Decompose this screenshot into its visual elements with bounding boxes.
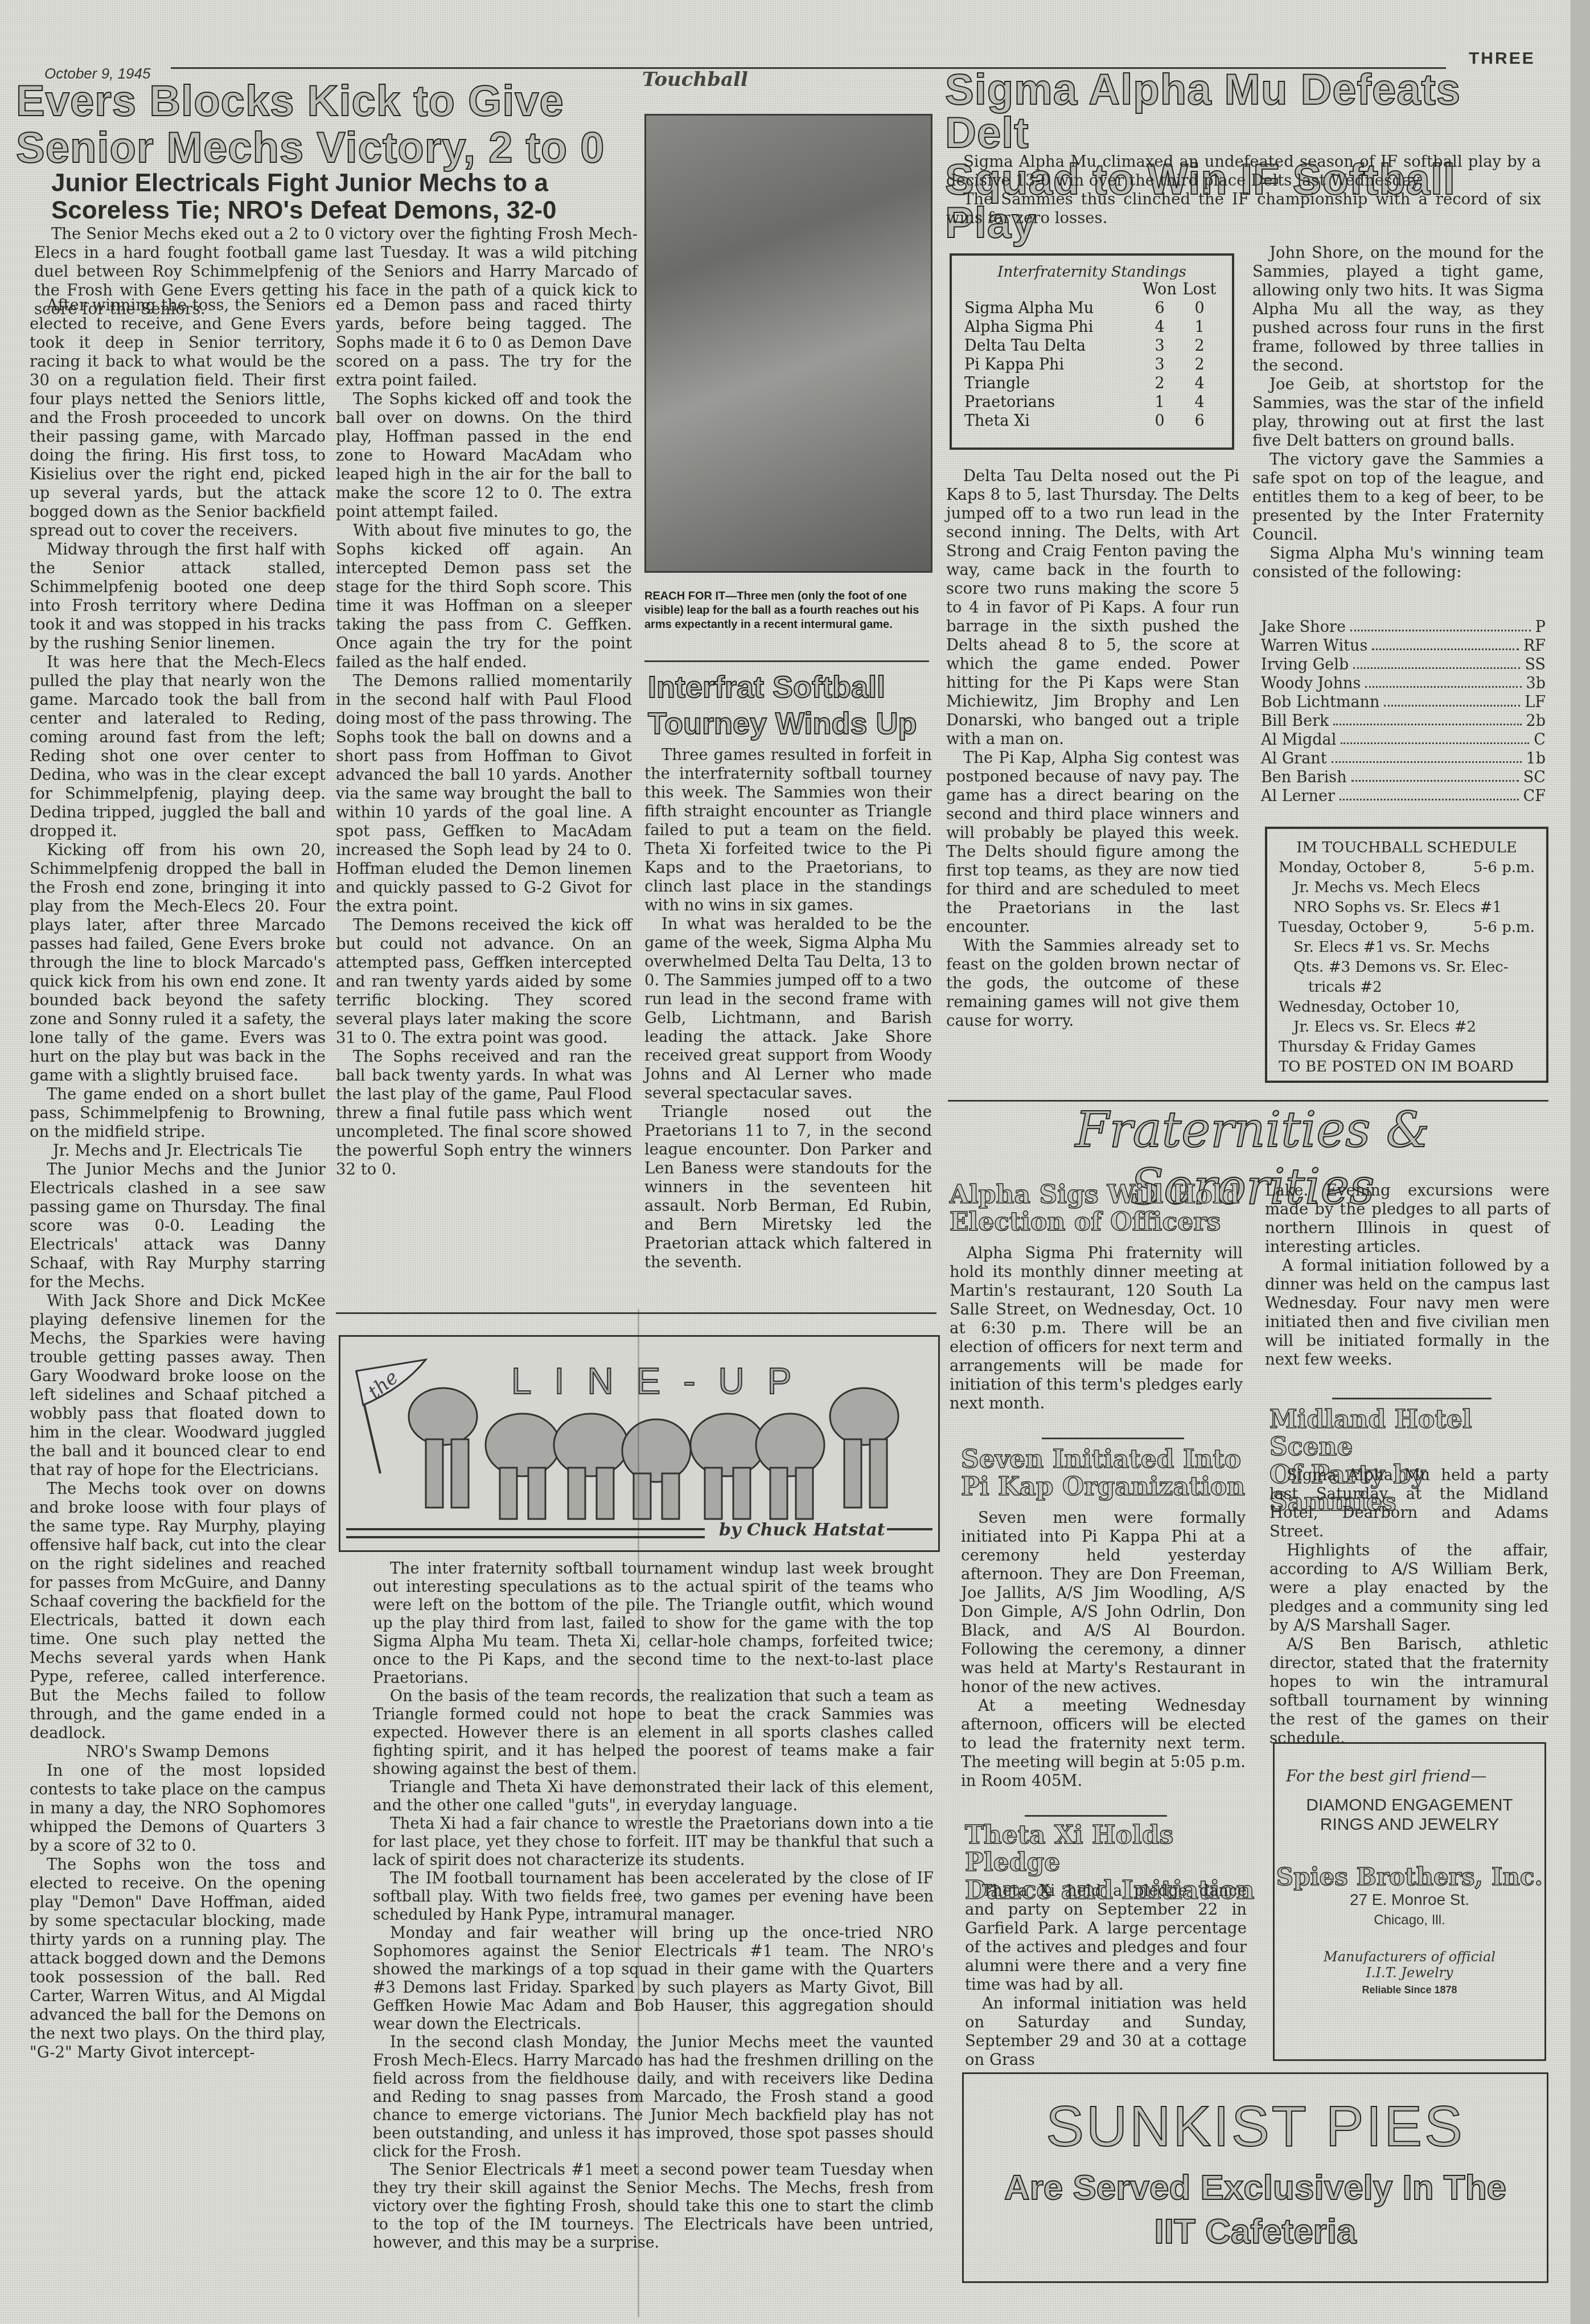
schedule-game: Jr. Elecs vs. Sr. Elecs #2 — [1279, 1017, 1535, 1037]
paragraph: The game ended on a short bullet pass, S… — [30, 1085, 326, 1142]
lost: 2 — [1180, 356, 1219, 375]
paragraph: The Sophs won the toss and elected to re… — [30, 1855, 326, 2062]
leader-dots — [1333, 712, 1521, 725]
paragraph: The Pi Kap, Alpha Sig contest was postpo… — [946, 749, 1239, 937]
lead-headline-line1: Evers Blocks Kick to Give — [16, 80, 636, 123]
ad-line: DIAMOND ENGAGEMENT — [1275, 1796, 1544, 1815]
ad-company: Spies Brothers, Inc. — [1275, 1863, 1544, 1891]
paragraph: The Mechs took over on downs and broke l… — [30, 1480, 326, 1743]
paragraph: John Shore, on the mound for the Sammies… — [1252, 244, 1544, 375]
lead-headline-line2: Senior Mechs Victory, 2 to 0 — [16, 126, 636, 170]
player: Al Lerner — [1261, 787, 1335, 806]
position: CF — [1523, 787, 1546, 806]
lost: 1 — [1180, 318, 1219, 337]
ad-tagline: For the best girl friend— — [1275, 1767, 1544, 1785]
paragraph: Delta Tau Delta nosed out the Pi Kaps 8 … — [946, 467, 1239, 749]
position: 1b — [1526, 749, 1546, 768]
schedule-time: 5-6 p.m. — [1473, 858, 1535, 878]
schedule-title: IM TOUCHBALL SCHEDULE — [1279, 838, 1535, 858]
ad-city: Chicago, Ill. — [1275, 1912, 1544, 1928]
ad-address: 27 E. Monroe St. — [1275, 1891, 1544, 1909]
sam-headline-line1: Sigma Alpha Mu Defeats Delt — [945, 68, 1548, 155]
leader-dots — [1341, 730, 1529, 744]
ad-line: I.I.T. Jewelry — [1275, 1965, 1544, 1981]
won: 3 — [1140, 337, 1180, 356]
col-lost: Lost — [1180, 281, 1219, 299]
story-rule — [1332, 1398, 1492, 1399]
position: SS — [1525, 655, 1546, 674]
schedule-line: Monday, October 8,5-6 p.m. — [1279, 858, 1535, 878]
paragraph: Highlights of the affair, according to A… — [1269, 1541, 1548, 1635]
paragraph: A formal initiation followed by a dinner… — [1265, 1257, 1550, 1369]
team: Delta Tau Delta — [964, 337, 1140, 356]
roster-row: Woody Johns3b — [1261, 674, 1546, 693]
lost: 4 — [1180, 393, 1219, 412]
team: Triangle — [964, 375, 1140, 393]
player: Irving Gelb — [1261, 655, 1349, 674]
paragraph: Lake. Evening excursions were made by th… — [1265, 1181, 1550, 1257]
paragraph: It was here that the Mech-Elecs pulled t… — [30, 653, 326, 841]
paragraph: Triangle and Theta Xi have demonstrated … — [373, 1779, 934, 1815]
ad-line: IIT Cafeteria — [964, 2211, 1547, 2252]
paragraph: With Jack Shore and Dick McKee playing d… — [30, 1292, 326, 1480]
col-won: Won — [1140, 281, 1180, 299]
paragraph: With the Sammies already set to feast on… — [946, 937, 1239, 1030]
paragraph: The Demons rallied momentarily in the se… — [336, 672, 632, 916]
leader-dots — [1332, 749, 1522, 763]
lost: 6 — [1180, 412, 1219, 431]
roster-row: Al Grant1b — [1261, 749, 1546, 768]
column-rule — [638, 1309, 639, 2317]
player: Al Migdal — [1261, 730, 1336, 749]
alpha-sigs-headline-line2: Election of Officers — [950, 1209, 1246, 1236]
lost: 4 — [1180, 375, 1219, 393]
photo-caption: REACH FOR IT—Three men (only the foot of… — [644, 589, 929, 632]
interfrat-headline: Interfrat Softball Tourney Winds Up — [648, 672, 932, 739]
table-row: Delta Tau Delta32 — [964, 337, 1219, 356]
lead-col-1: After winning the toss, the Seniors elec… — [30, 296, 326, 2062]
team: Sigma Alpha Mu — [964, 299, 1140, 318]
paragraph: Monday and fair weather will bring up th… — [373, 1924, 934, 2034]
interfrat-headline-line2: Tourney Winds Up — [648, 708, 932, 739]
paragraph: The Demons received the kick off but cou… — [336, 916, 632, 1048]
paragraph: In the second clash Monday, the Junior M… — [373, 2034, 934, 2161]
paragraph: Sigma Alpha Mu's winning team consisted … — [1252, 544, 1544, 582]
sunkist-pies-ad: SUNKIST PIES Are Served Exclusively In T… — [962, 2072, 1548, 2283]
roster-row: Al LernerCF — [1261, 787, 1546, 806]
caption-rule — [644, 660, 929, 662]
alpha-sigs-body: Alpha Sigma Phi fraternity will hold its… — [950, 1244, 1243, 1413]
section-subhead: Jr. Mechs and Jr. Electricals Tie — [30, 1142, 326, 1160]
schedule-game: tricals #2 — [1279, 978, 1535, 997]
paragraph: On the basis of the team records, the re… — [373, 1687, 934, 1779]
lead-headline: Evers Blocks Kick to Give Senior Mechs V… — [16, 80, 636, 170]
paragraph: The Senior Electricals #1 meet a second … — [373, 2161, 934, 2252]
sam-right-col: John Shore, on the mound for the Sammies… — [1252, 244, 1544, 582]
table-row: Triangle24 — [964, 375, 1219, 393]
roster-row: Al MigdalC — [1261, 730, 1546, 749]
schedule-note: Thursday & Friday Games — [1279, 1037, 1535, 1057]
schedule-day: Monday, October 8, — [1279, 858, 1425, 878]
paragraph: An informal initiation was held on Satur… — [965, 1994, 1247, 2070]
sam-roster: Jake ShoreP Warren WitusRF Irving GelbSS… — [1261, 618, 1546, 806]
schedule-game: NRO Sophs vs. Sr. Elecs #1 — [1279, 898, 1535, 918]
table-row: Alpha Sigma Phi41 — [964, 318, 1219, 337]
position: C — [1534, 730, 1546, 749]
roster-row: Bill Berk2b — [1261, 712, 1546, 730]
leader-dots — [1365, 674, 1521, 688]
paragraph: ed a Demon pass and raced thirty yards, … — [336, 296, 632, 390]
ad-headline: SUNKIST PIES — [964, 2094, 1547, 2159]
table-row: Praetorians14 — [964, 393, 1219, 412]
position: RF — [1523, 637, 1546, 655]
position: P — [1535, 618, 1546, 637]
roster-row: Warren WitusRF — [1261, 637, 1546, 655]
standings-title: Interfraternity Standings — [964, 264, 1219, 281]
theta-xi-headline-line1: Theta Xi Holds Pledge — [965, 1822, 1261, 1877]
lead-col-2: ed a Demon pass and raced thirty yards, … — [336, 296, 632, 1179]
midland-body: Sigma Alpha Mu held a party last Saturda… — [1269, 1466, 1548, 1748]
paragraph: The Sophs received and ran the ball back… — [336, 1048, 632, 1179]
paragraph: Triangle nosed out the Praetorians 11 to… — [644, 1103, 932, 1272]
schedule-note: TO BE POSTED ON IM BOARD — [1279, 1057, 1535, 1077]
paragraph: Theta Xi held a pledge dance and party o… — [965, 1882, 1247, 1994]
standings-grid: Won Lost Sigma Alpha Mu60 Alpha Sigma Ph… — [964, 281, 1219, 431]
leader-dots — [1353, 655, 1520, 669]
won: 6 — [1140, 299, 1180, 318]
interfrat-body: Three games resulted in forfeit in the i… — [644, 746, 932, 1272]
frat-right-col: Lake. Evening excursions were made by th… — [1265, 1181, 1550, 1369]
schedule-time: 5-6 p.m. — [1473, 918, 1535, 938]
paragraph: The Sophs kicked off and took the ball o… — [336, 390, 632, 522]
schedule-game: Qts. #3 Demons vs. Sr. Elec- — [1279, 958, 1535, 978]
cartoon-byline: by Chuck Hatstat — [719, 1520, 885, 1540]
won: 3 — [1140, 356, 1180, 375]
page-number: THREE — [1469, 49, 1535, 68]
pi-kap-headline: Seven Initiated Into Pi Kap Organization — [961, 1446, 1257, 1501]
team: Theta Xi — [964, 412, 1140, 431]
position: 2b — [1526, 712, 1546, 730]
leader-dots — [1340, 787, 1519, 800]
leader-dots — [1372, 637, 1519, 650]
paragraph: After winning the toss, the Seniors elec… — [30, 296, 326, 540]
paragraph: Theta Xi had a fair chance to wrestle th… — [373, 1815, 934, 1870]
paragraph: Sigma Alpha Mu climaxed an undefeated se… — [946, 153, 1541, 190]
position: 3b — [1526, 674, 1546, 693]
team: Praetorians — [964, 393, 1140, 412]
touchball-photo — [644, 114, 932, 573]
theta-xi-body: Theta Xi held a pledge dance and party o… — [965, 1882, 1247, 2070]
pi-kap-headline-line2: Pi Kap Organization — [961, 1473, 1257, 1501]
team: Pi Kappa Phi — [964, 356, 1140, 375]
schedule-line: Tuesday, October 9,5-6 p.m. — [1279, 918, 1535, 938]
table-row: Theta Xi06 — [964, 412, 1219, 431]
leader-dots — [1350, 618, 1531, 631]
alpha-sigs-headline: Alpha Sigs Will Hold Election of Officer… — [950, 1181, 1246, 1237]
photo-title: Touchball — [642, 68, 748, 91]
schedule-game: Jr. Mechs vs. Mech Elecs — [1279, 878, 1535, 898]
ad-line: Are Served Exclusively In The — [964, 2167, 1547, 2208]
lost: 0 — [1180, 299, 1219, 318]
schedule-day: Tuesday, October 9, — [1279, 918, 1428, 938]
page-edge — [1571, 0, 1590, 2324]
lead-subhead-line1: Junior Electricals Fight Junior Mechs to… — [51, 170, 621, 197]
lead-subhead-line2: Scoreless Tie; NRO's Defeat Demons, 32-0 — [51, 197, 621, 224]
ad-since: Reliable Since 1878 — [1275, 1984, 1544, 1996]
paragraph: Seven men were formally initiated into P… — [961, 1509, 1246, 1697]
leader-dots — [1384, 693, 1520, 707]
won: 0 — [1140, 412, 1180, 431]
paragraph: Three games resulted in forfeit in the i… — [644, 746, 932, 915]
player: Woody Johns — [1261, 674, 1361, 693]
paragraph: Sigma Alpha Mu held a party last Saturda… — [1269, 1466, 1548, 1541]
paragraph: The inter fraternity softball tournament… — [373, 1560, 934, 1687]
section-subhead: NRO's Swamp Demons — [30, 1743, 326, 1762]
sam-intro: Sigma Alpha Mu climaxed an undefeated se… — [946, 153, 1541, 228]
interfrat-headline-line1: Interfrat Softball — [648, 672, 932, 703]
roster-row: Irving GelbSS — [1261, 655, 1546, 674]
player: Warren Witus — [1261, 637, 1367, 655]
story-rule — [1042, 1438, 1184, 1439]
paragraph: The Junior Mechs and the Junior Electric… — [30, 1160, 326, 1292]
lost: 2 — [1180, 337, 1219, 356]
won: 2 — [1140, 375, 1180, 393]
table-row: Pi Kappa Phi32 — [964, 356, 1219, 375]
position: SC — [1523, 768, 1546, 787]
team: Alpha Sigma Phi — [964, 318, 1140, 337]
lead-subhead: Junior Electricals Fight Junior Mechs to… — [51, 170, 621, 225]
paragraph: In what was heralded to be the game of t… — [644, 915, 932, 1103]
lineup-column-body: The inter fraternity softball tournament… — [373, 1560, 934, 2252]
paragraph: With about five minutes to go, the Sophs… — [336, 522, 632, 672]
won: 4 — [1140, 318, 1180, 337]
pi-kap-headline-line1: Seven Initiated Into — [961, 1446, 1257, 1473]
spies-brothers-ad: For the best girl friend— DIAMOND ENGAGE… — [1273, 1742, 1546, 2061]
paragraph: Joe Geib, at shortstop for the Sammies, … — [1252, 375, 1544, 450]
player: Bob Lichtmann — [1261, 693, 1379, 712]
position: LF — [1525, 693, 1546, 712]
svg-text:LINE-UP: LINE-UP — [511, 1361, 815, 1402]
paragraph: Kicking off from his own 20, Schimmelpfe… — [30, 841, 326, 1085]
player: Jake Shore — [1261, 618, 1346, 637]
player: Bill Berk — [1261, 712, 1329, 730]
paragraph: In one of the most lopsided contests to … — [30, 1762, 326, 1855]
touchball-schedule: IM TOUCHBALL SCHEDULE Monday, October 8,… — [1265, 827, 1548, 1083]
ad-line: Manufacturers of official — [1275, 1949, 1544, 1965]
paragraph: Alpha Sigma Phi fraternity will hold its… — [950, 1244, 1243, 1413]
standings-table: Interfraternity Standings Won Lost Sigma… — [950, 253, 1234, 450]
cartoon-top-rule — [336, 1312, 936, 1314]
lineup-cartoon: the LINE-UP by Chuck Hatstat — [339, 1335, 940, 1552]
won: 1 — [1140, 393, 1180, 412]
ad-line: RINGS AND JEWELRY — [1275, 1815, 1544, 1834]
schedule-day: Wednesday, October 10, — [1279, 997, 1535, 1017]
alpha-sigs-headline-line1: Alpha Sigs Will Hold — [950, 1181, 1246, 1209]
paragraph: The victory gave the Sammies a safe spot… — [1252, 450, 1544, 544]
table-row: Sigma Alpha Mu60 — [964, 299, 1219, 318]
paragraph: At a meeting Wednesday afternoon, office… — [961, 1697, 1246, 1791]
football-players-illustration-icon: the LINE-UP — [340, 1337, 938, 1550]
player: Al Grant — [1261, 749, 1327, 768]
player: Ben Barish — [1261, 768, 1347, 787]
roster-row: Jake ShoreP — [1261, 618, 1546, 637]
paragraph: The Sammies thus clinched the IF champio… — [946, 190, 1541, 228]
paragraph: The IM football tournament has been acce… — [373, 1870, 934, 1924]
midland-headline-line1: Midland Hotel Scene — [1269, 1406, 1554, 1461]
story-rule — [1025, 1815, 1167, 1817]
sam-mid-col: Delta Tau Delta nosed out the Pi Kaps 8 … — [946, 467, 1239, 1030]
paragraph: Midway through the first half with the S… — [30, 540, 326, 653]
pi-kap-body: Seven men were formally initiated into P… — [961, 1509, 1246, 1791]
roster-row: Ben BarishSC — [1261, 768, 1546, 787]
schedule-game: Sr. Elecs #1 vs. Sr. Mechs — [1279, 938, 1535, 958]
standings-header: Won Lost — [964, 281, 1219, 299]
leader-dots — [1351, 768, 1519, 782]
roster-row: Bob LichtmannLF — [1261, 693, 1546, 712]
paragraph: A/S Ben Barisch, athletic director, stat… — [1269, 1635, 1548, 1748]
